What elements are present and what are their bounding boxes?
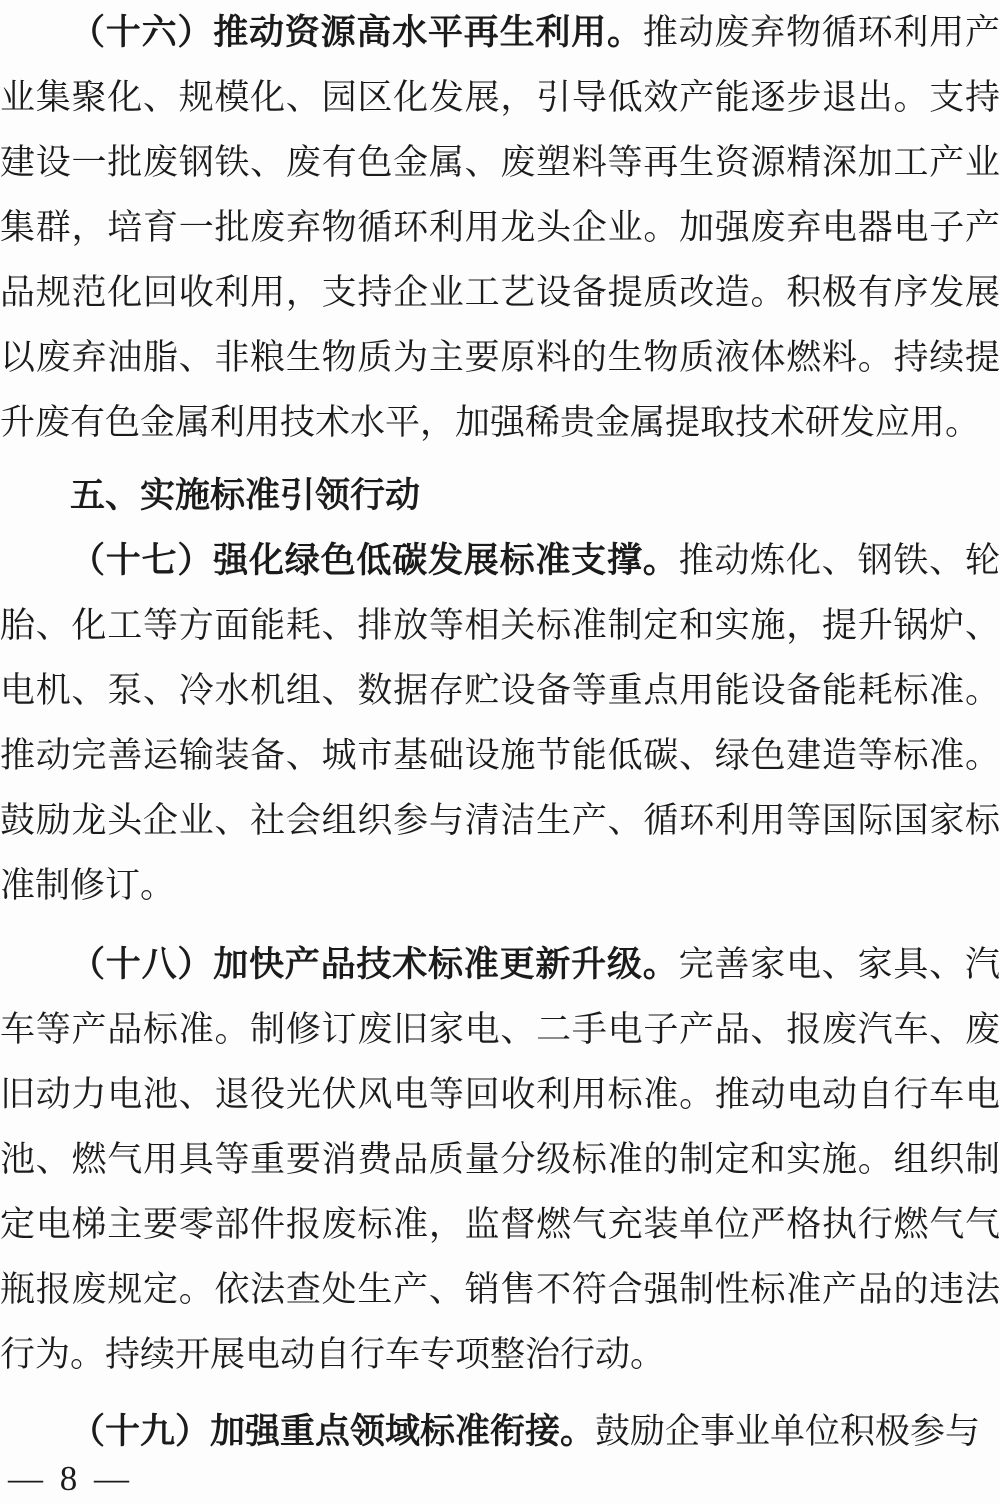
paragraph-17: （十七）强化绿色低碳发展标准支撑。推动炼化、钢铁、轮胎、化工等方面能耗、排放等相… (0, 528, 1000, 918)
paragraph-19-body: 鼓励企事业单位积极参与 (595, 1412, 980, 1451)
paragraph-16-body: 推动废弃物循环利用产业集聚化、规模化、园区化发展，引导低效产能逐步退出。支持建设… (0, 13, 1000, 442)
paragraph-18-body: 完善家电、家具、汽车等产品标准。制修订废旧家电、二手电子产品、报废汽车、废旧动力… (0, 945, 1000, 1374)
section-heading-5: 五、实施标准引领行动 (0, 463, 1000, 528)
page-number: — 8 — (8, 1461, 133, 1496)
document-page: （十六）推动资源高水平再生利用。推动废弃物循环利用产业集聚化、规模化、园区化发展… (0, 0, 1000, 1504)
paragraph-18-lead: （十八）加快产品技术标准更新升级。 (70, 945, 679, 984)
paragraph-16-lead: （十六）推动资源高水平再生利用。 (70, 13, 643, 52)
paragraph-17-body: 推动炼化、钢铁、轮胎、化工等方面能耗、排放等相关标准制定和实施，提升锅炉、电机、… (0, 541, 1000, 905)
paragraph-19: （十九）加强重点领域标准衔接。鼓励企事业单位积极参与 (0, 1399, 1000, 1464)
paragraph-18: （十八）加快产品技术标准更新升级。完善家电、家具、汽车等产品标准。制修订废旧家电… (0, 932, 1000, 1387)
paragraph-19-lead: （十九）加强重点领域标准衔接。 (70, 1412, 595, 1451)
paragraph-17-lead: （十七）强化绿色低碳发展标准支撑。 (70, 541, 679, 580)
paragraph-16: （十六）推动资源高水平再生利用。推动废弃物循环利用产业集聚化、规模化、园区化发展… (0, 0, 1000, 455)
